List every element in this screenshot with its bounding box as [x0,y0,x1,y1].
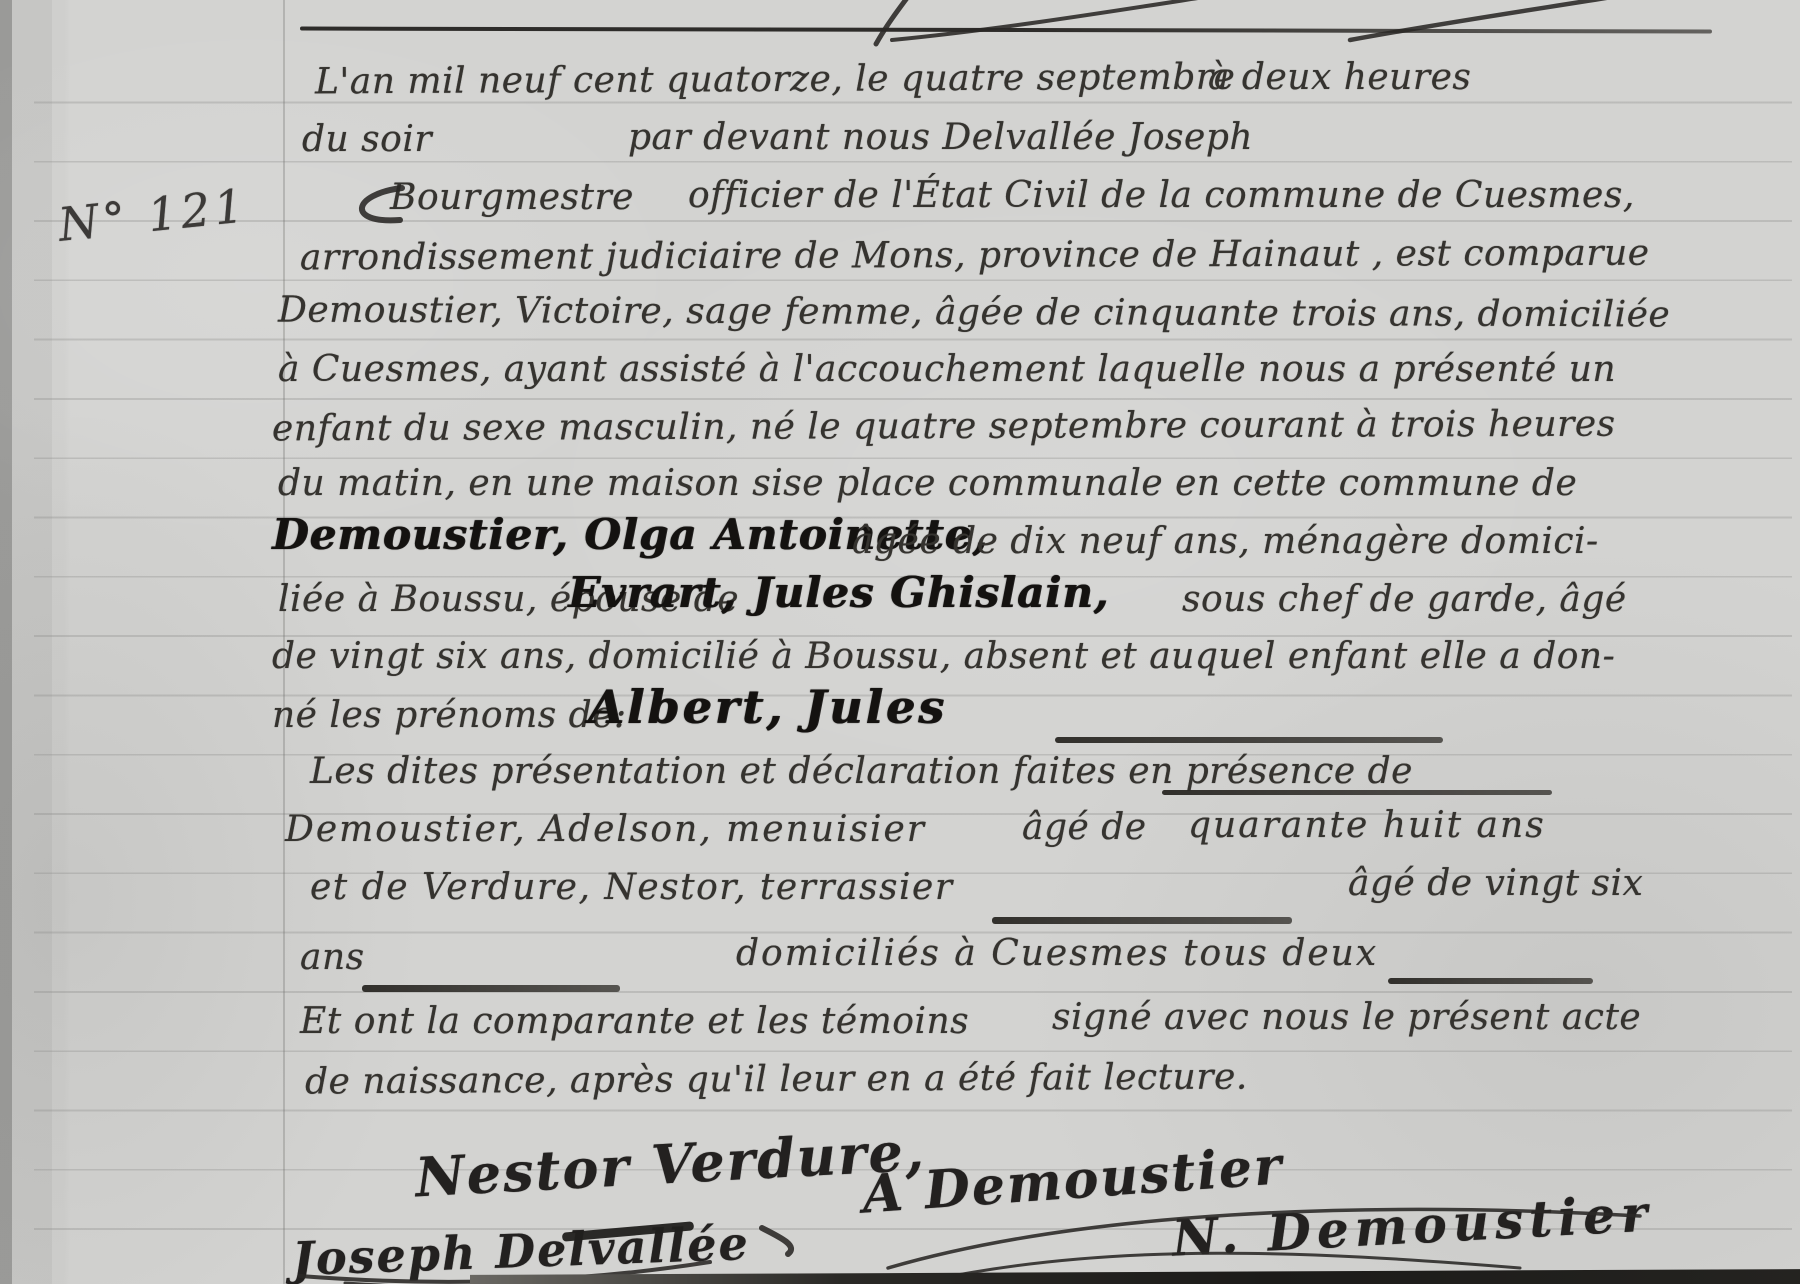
act-line-06: à Cuesmes, ayant assisté à l'accouchemen… [278,350,1616,390]
filler-rule [992,917,1292,924]
filler-rule [1162,790,1552,795]
father-name: Evrart, Jules Ghislain, [568,570,1109,616]
act-line-02a: du soir [302,120,432,160]
act-line-16b: domiciliés à Cuesmes tous deux [736,934,1378,974]
stray-stroke [892,0,1198,40]
stray-stroke [876,0,910,44]
signature-tail [762,1228,791,1254]
act-line-11: de vingt six ans, domicilié à Boussu, ab… [272,637,1615,677]
act-line-14b: âgé de [1022,808,1147,848]
filler-rule [1388,978,1593,984]
act-line-16a: ans [300,938,365,978]
signature-nestor-verdure: Nestor Verdure, [414,1119,927,1210]
witness2-line: et de Verdure, Nestor, terrassier [310,868,954,908]
act-line-09b: âgée de dix neuf ans, ménagère domici- [852,522,1599,562]
act-line-10c: sous chef de garde, âgé [1182,580,1627,620]
act-line-02b: par devant nous Delvallée Joseph [628,118,1253,158]
act-line-17a: Et ont la comparante et les témoins [300,1002,969,1042]
child-given-names: Albert, Jules [588,682,947,733]
act-line-18: de naissance, après qu'il leur en a été … [305,1058,1248,1103]
act-line-14c: quarante huit ans [1188,806,1546,846]
act-line-13: Les dites présentation et déclaration fa… [310,752,1413,792]
top-separator-rule [300,27,1712,34]
witness1-line: Demoustier, Adelson, menuisier [285,810,926,850]
filler-rule [362,985,620,992]
act-line-07: enfant du sexe masculin, né le quatre se… [272,405,1616,449]
act-line-01a: L'an mil neuf cent quatorze, le quatre s… [315,58,1236,102]
act-line-01b: à deux heures [1208,58,1471,98]
act-line-12a: né les prénoms de: [272,696,627,736]
act-line-03a: Bourgmestre [390,178,634,218]
birth-record-scan: N° 121 L'an mil neuf cent quatorze, le q… [0,0,1800,1284]
act-line-04: arrondissement judiciaire de Mons, provi… [300,234,1650,278]
act-line-03b: officier de l'État Civil de la commune d… [688,176,1635,216]
act-line-05: Demoustier, Victoire, sage femme, âgée d… [278,291,1670,335]
act-number: N° 121 [56,178,250,252]
filler-rule [1055,737,1443,743]
act-line-08: du matin, en une maison sise place commu… [278,464,1577,504]
act-line-17b: signé avec nous le présent acte [1052,998,1641,1038]
stray-stroke [1350,0,1618,40]
act-line-15b: âgé de vingt six [1348,864,1643,904]
